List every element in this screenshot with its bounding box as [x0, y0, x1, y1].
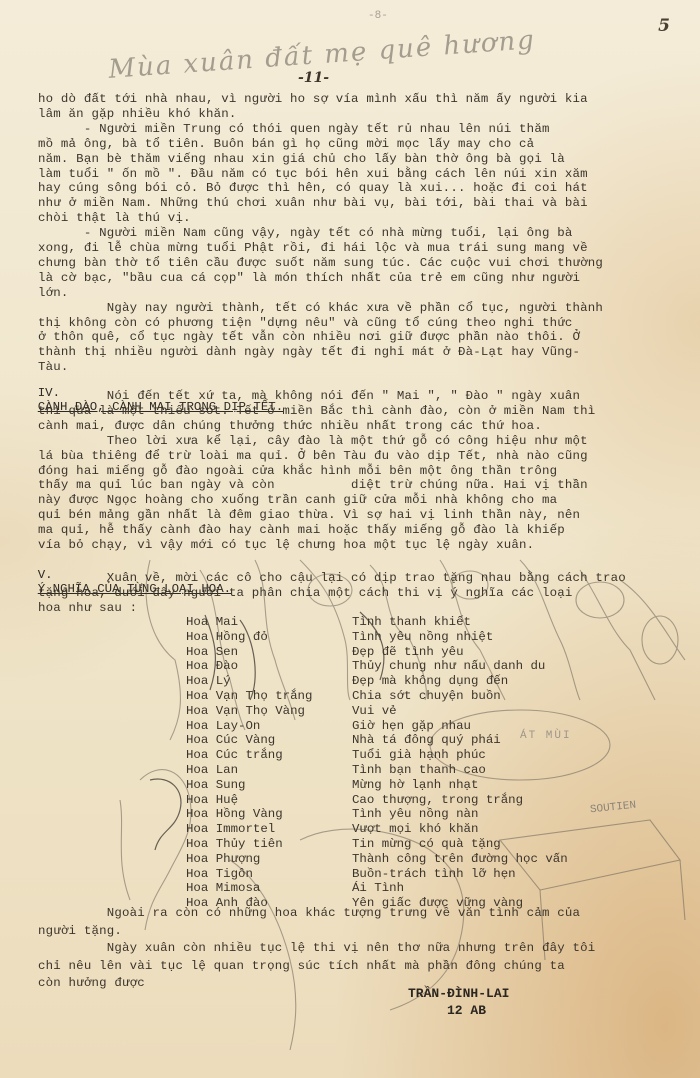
- handwritten-page-number: -11-: [298, 70, 329, 86]
- text-line: ma quỉ, hễ thấy cành đào hay cành mai ho…: [38, 523, 565, 537]
- flower-meaning: Tuổi già hạnh phúc: [352, 748, 486, 762]
- flower-meaning: Cao thượng, trong trắng: [352, 793, 523, 807]
- text-line: Nói đến tết xứ ta, mà không nói đến " Ma…: [38, 389, 580, 403]
- flower-name: Hoa Đào: [186, 659, 238, 673]
- text-line: chưng bàn thờ tổ tiên cầu được suốt năm …: [38, 256, 603, 270]
- flower-meaning: Thủy chung như nấu danh du: [352, 659, 545, 673]
- text-line: Ngoài ra còn có những hoa khác tượng trư…: [38, 906, 580, 920]
- sketch-stamp-text: ÁT MÙI: [520, 730, 572, 742]
- flower-name: Hoa Cúc Vàng: [186, 733, 275, 747]
- text-line: tặng hoa, dưới đây người ta phân chia mộ…: [38, 586, 573, 600]
- flower-name: Hoa Hồng đỏ: [186, 630, 268, 644]
- flower-name: Hoa Lay-On: [186, 719, 260, 733]
- flower-name: Hoa Phượng: [186, 852, 260, 866]
- flower-name: Hoa Tigôn: [186, 867, 253, 881]
- flower-meaning: Thành công trên đường học vấn: [352, 852, 568, 866]
- flower-meaning: Đẹp đẽ tình yêu: [352, 645, 464, 659]
- flower-meaning: Đẹp mà không dụng đến: [352, 674, 508, 688]
- flower-name: Hoa Immortel: [186, 822, 275, 836]
- text-line: đóng hai miếng gỗ đào ngoài cửa khắc hìn…: [38, 464, 557, 478]
- text-line: - Người miền Trung có thói quen ngày tết…: [38, 122, 550, 136]
- text-line: làm tuổi " ốn mồ ". Đầu năm có tục bói h…: [38, 167, 588, 181]
- flower-name: Hoa Lan: [186, 763, 238, 777]
- text-line: người tặng.: [38, 924, 122, 938]
- flower-name: Hoa Cúc trắng: [186, 748, 283, 762]
- flower-meaning: Ái Tình: [352, 881, 404, 895]
- text-line: Xuân về, mời các cô cho cậu lại có dịp t…: [38, 571, 626, 585]
- flower-name: Hoa Huệ: [186, 793, 238, 807]
- text-line: thì quả là một thiếu sót. Tết ở miền Bắc…: [38, 404, 595, 418]
- corner-page-number: 5: [658, 16, 670, 36]
- sketch-box-label: SOUTIEN: [589, 800, 636, 817]
- flower-meaning: Buồn-trách tình lỡ hẹn: [352, 867, 516, 881]
- text-line: chòi thật là thú vị.: [38, 211, 191, 225]
- text-line: lâm ăn gặp nhiều khó khăn.: [38, 107, 237, 121]
- text-line: thấy ma quỉ lúc ban ngày và còn diệt trừ…: [38, 478, 588, 492]
- flower-meaning: Chia sớt chuyện buồn: [352, 689, 501, 703]
- flower-meaning: Vui vẻ: [352, 704, 397, 718]
- flower-meaning: Giờ hẹn gặp nhau: [352, 719, 471, 733]
- text-line: ở thôn quê, cổ tục ngày tết vẫn còn nhiề…: [38, 330, 580, 344]
- text-line: năm. Bạn bè thăm viếng nhau xin giá chủ …: [38, 152, 565, 166]
- author-signature: TRẦN-ĐÌNH-LAI: [408, 986, 509, 1001]
- document-page: -8- 5 Mùa xuân đất mẹ quê hương -11- ho …: [0, 0, 700, 1078]
- flower-meaning: Tình yêu nồng nàn: [352, 807, 478, 821]
- author-class: 12 AB: [447, 1003, 486, 1018]
- flower-name: Hoa Mimosa: [186, 881, 260, 895]
- text-line: mồ mả ông, bà tổ tiên. Buôn bán gì họ cũ…: [38, 137, 534, 151]
- text-line: cành mai, được dân chúng thưởng thức nhi…: [38, 419, 542, 433]
- flower-name: Hoa Vạn Thọ trắng: [186, 689, 312, 703]
- text-line: xong, đi lễ chùa mừng tuổi Phật rồi, đi …: [38, 241, 588, 255]
- text-line: Ngày xuân còn nhiều tục lệ thi vị nên th…: [38, 941, 595, 955]
- flower-meaning: Tin mừng có quà tặng: [352, 837, 501, 851]
- text-line: hoa như sau :: [38, 601, 137, 615]
- text-line: Ngày nay người thành, tết có khác xưa về…: [38, 301, 603, 315]
- flower-meaning: Tình bạn thanh cao: [352, 763, 486, 777]
- flower-meaning: Tình thanh khiết: [352, 615, 471, 629]
- text-line: như ở miền Nam. Những thú chơi xuân như …: [38, 196, 588, 210]
- text-line: - Người miền Nam cũng vậy, ngày tết có n…: [38, 226, 573, 240]
- typed-page-number: -8-: [368, 10, 388, 22]
- text-line: quỉ bén mảng gần nhất là đêm giao thừa. …: [38, 508, 580, 522]
- flower-name: Hoa Sen: [186, 645, 238, 659]
- flower-meaning: Tình yêu nồng nhiệt: [352, 630, 493, 644]
- text-line: Theo lời xưa kể lại, cây đào là một thứ …: [38, 434, 588, 448]
- text-line: thành thị nhiều người dành ngày ngày tết…: [38, 345, 580, 359]
- text-line: lớn.: [38, 286, 69, 300]
- text-line: lá bùa thiêng để trừ loài ma quỉ. Ở bên …: [38, 449, 588, 463]
- text-line: ho dò đất tới nhà nhau, vì người ho sợ v…: [38, 92, 588, 106]
- flower-name: Hoa Lý: [186, 674, 231, 688]
- text-line: vía bỏ chạy, vì vậy mới có tục lệ chưng …: [38, 538, 534, 552]
- flower-name: Hoa Hồng Vàng: [186, 807, 283, 821]
- flower-name: Hoa Mai: [186, 615, 238, 629]
- text-line: thị không còn có phương tiện "dựng nêu" …: [38, 316, 573, 330]
- text-line: là cờ bạc, "bầu cua cá cọp" là món thích…: [38, 271, 580, 285]
- text-line: này được Ngọc hoàng cho xuống trần canh …: [38, 493, 557, 507]
- flower-name: Hoa Vạn Thọ Vàng: [186, 704, 305, 718]
- flower-name: Hoa Sung: [186, 778, 246, 792]
- text-line: chỉ nêu lên vài tục lệ quan trọng súc tí…: [38, 959, 565, 973]
- flower-meaning: Nhà tá đông quý phái: [352, 733, 501, 747]
- flower-meaning: Mừng hờ lạnh nhạt: [352, 778, 478, 792]
- flower-meaning: Vượt mọi khó khăn: [352, 822, 478, 836]
- text-line: hay cúng sông bói cỏ. Bỏ được thì hên, c…: [38, 181, 588, 195]
- flower-name: Hoa Thủy tiên: [186, 837, 283, 851]
- text-line: còn hưởng được: [38, 976, 145, 990]
